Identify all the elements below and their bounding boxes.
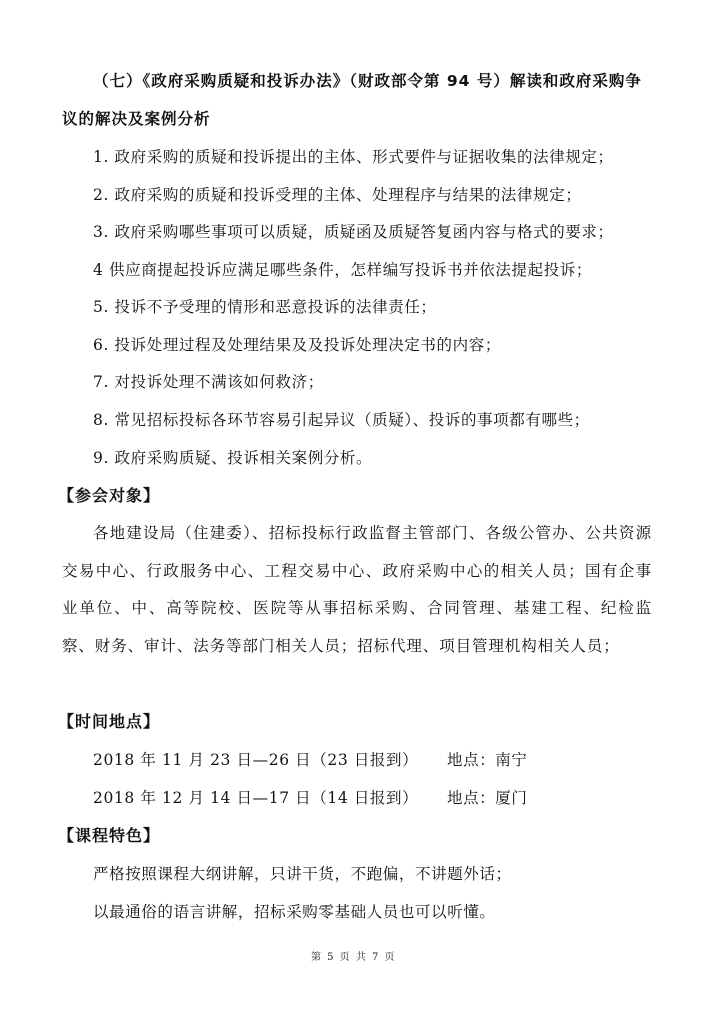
schedule-session: 2018 年 12 月 14 日—17 日（14 日报到） — [93, 788, 683, 808]
list-item: 6. 投诉处理过程及处理结果及及投诉处理决定书的内容； — [93, 335, 683, 355]
document-page: （七）《政府采购质疑和投诉办法》（财政部令第 94 号）解读和政府采购争 议的解… — [0, 0, 707, 1017]
feature-line: 严格按照课程大纲讲解，只讲干货，不跑偏，不讲题外话； — [93, 864, 683, 884]
list-item: 7. 对投诉处理不满该如何救济； — [93, 372, 683, 392]
session-place: 地点：南宁 — [447, 750, 528, 770]
list-item: 2. 政府采购的质疑和投诉受理的主体、处理程序与结果的法律规定； — [93, 185, 683, 205]
session-place: 地点：厦门 — [447, 788, 528, 808]
section-title-line2: 议的解决及案例分析 — [62, 109, 652, 129]
list-item: 9. 政府采购质疑、投诉相关案例分析。 — [93, 448, 683, 468]
list-item: 5. 投诉不予受理的情形和恶意投诉的法律责任； — [93, 297, 683, 317]
list-item: 3. 政府采购哪些事项可以质疑，质疑函及质疑答复函内容与格式的要求； — [93, 222, 683, 242]
page-footer: 第 5 页 共 7 页 — [0, 948, 707, 963]
list-item: 4 供应商提起投诉应满足哪些条件，怎样编写投诉书并依法提起投诉； — [93, 260, 683, 280]
session-date: 2018 年 12 月 14 日—17 日（14 日报到） — [93, 789, 418, 807]
features-heading: 【课程特色】 — [58, 826, 648, 846]
feature-line: 以最通俗的语言讲解，招标采购零基础人员也可以听懂。 — [93, 902, 683, 922]
attendees-heading: 【参会对象】 — [58, 486, 648, 506]
list-item: 1. 政府采购的质疑和投诉提出的主体、形式要件与证据收集的法律规定； — [93, 147, 683, 167]
attendees-text: 各地建设局（住建委）、招标投标行政监督主管部门、各级公管办、公共资源交易中心、行… — [62, 515, 652, 665]
schedule-heading: 【时间地点】 — [58, 712, 648, 732]
session-date: 2018 年 11 月 23 日—26 日（23 日报到） — [93, 751, 418, 769]
schedule-session: 2018 年 11 月 23 日—26 日（23 日报到） — [93, 750, 683, 770]
list-item: 8. 常见招标投标各环节容易引起异议（质疑）、投诉的事项都有哪些； — [93, 410, 683, 430]
section-title-line1: （七）《政府采购质疑和投诉办法》（财政部令第 94 号）解读和政府采购争 — [93, 71, 683, 91]
